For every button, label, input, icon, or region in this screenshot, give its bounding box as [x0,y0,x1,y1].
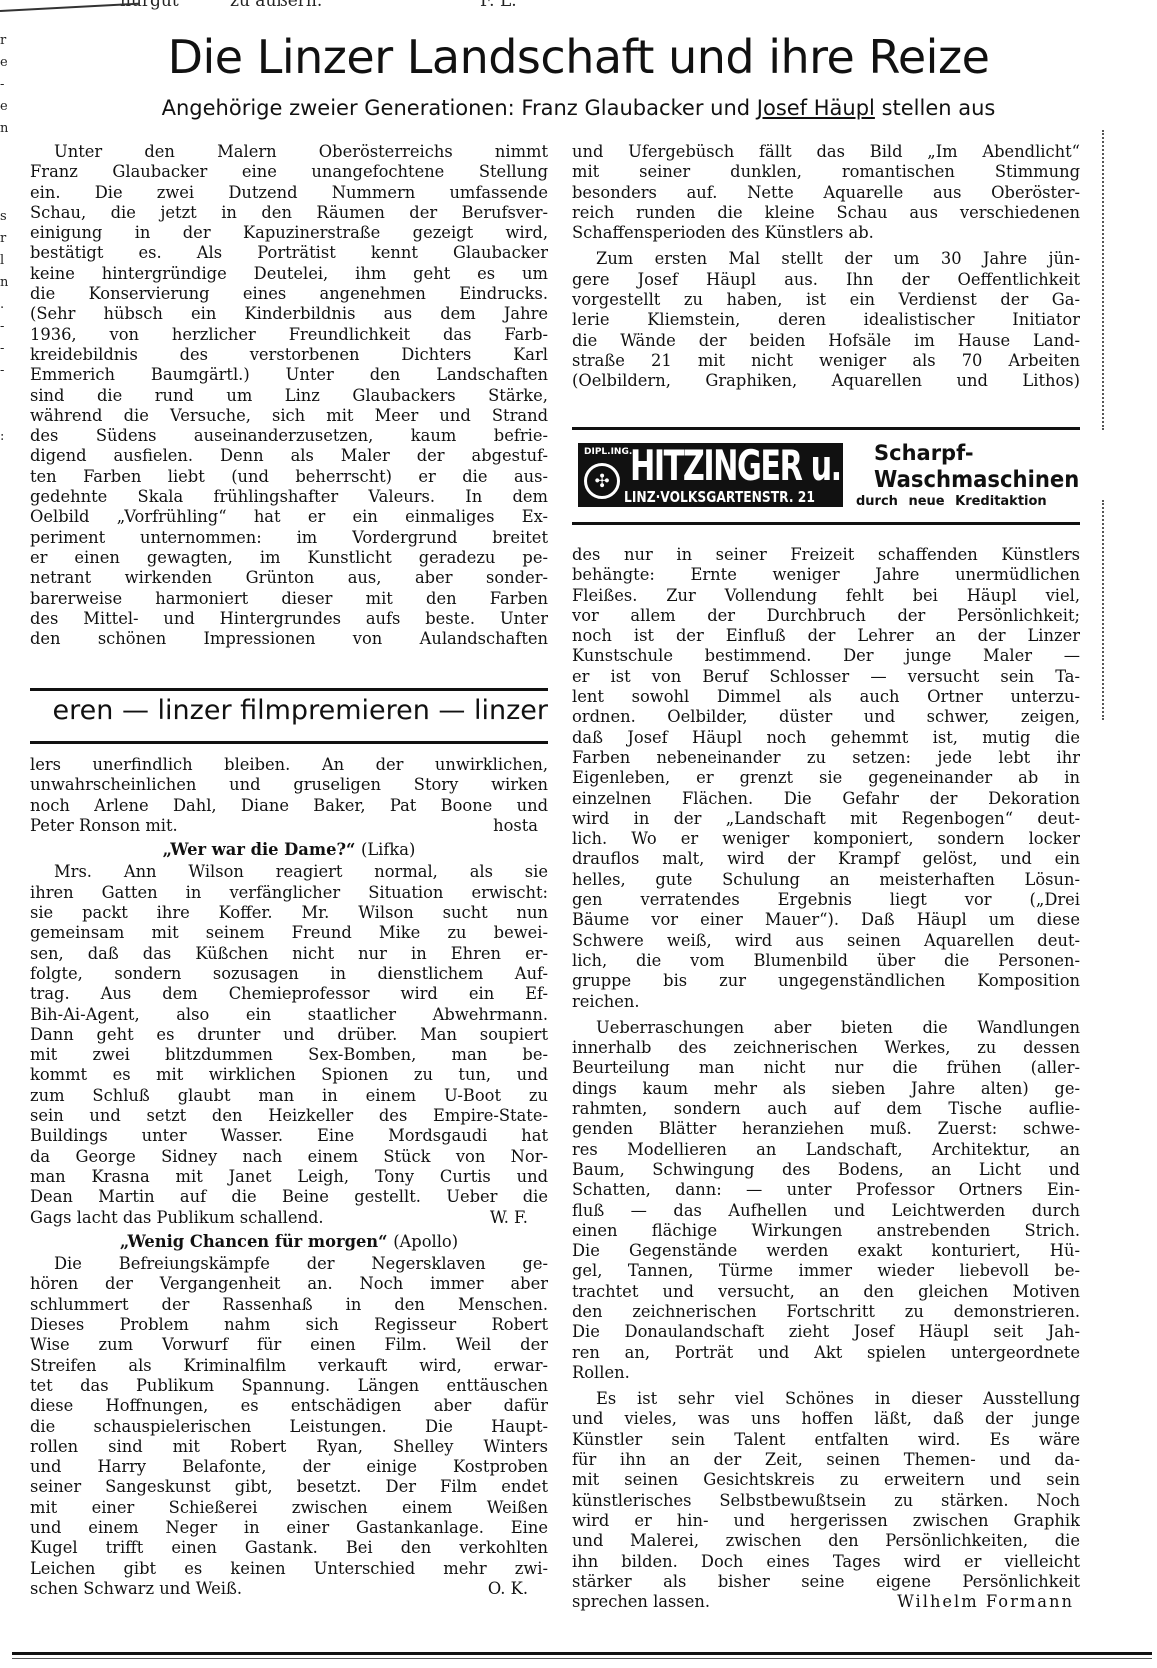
text-line: und Malerei, zwischen den Persönlichkeit… [572,1531,1080,1551]
text-line: Zum ersten Mal stellt der um 30 Jahre jü… [572,249,1080,269]
article-paragraph: und Ufergebüsch fällt das Bild „Im Abend… [572,142,1080,243]
text-line: wird er hin- und hergerissen zwischen Gr… [572,1511,1080,1531]
text-line: fluß — das Aufhellen und Leichtwerden du… [572,1201,1080,1221]
text-line: noch ist der Einfluß der Lehrer an der L… [572,626,1080,646]
text-line: res Modellieren an Landschaft, Architekt… [572,1140,1080,1160]
text-line: Bäume vor einer Mauer“). Daß Häupl um di… [572,910,1080,930]
margin-fragment [0,382,10,404]
text-line: Beurteilung man nicht nur die frühen (al… [572,1058,1080,1078]
text-line: Unter den Malern Oberösterreichs nimmt [30,142,548,162]
clipping-initials: F. L. [480,0,517,11]
review-title: „Wer war die Dame?“ (Lifka) [30,840,548,860]
text-line: Dean Martin auf die Beine gestellt. Uebe… [30,1187,548,1207]
text-line: Schau, die jetzt in den Räumen der Beruf… [30,203,548,223]
text-line: gedehnte Skala frühlingshafter Valeurs. … [30,487,548,507]
text-line: künstlerisches Selbstbewußtsein zu stärk… [572,1491,1080,1511]
text-line: Kugel trifft einen Gastank. Bei den verk… [30,1538,548,1558]
text-line: Franz Glaubacker eine unangefochtene Ste… [30,162,548,182]
text-line: (Oelbildern, Graphiken, Aquarellen und L… [572,371,1080,391]
text-line: er einen gewagten, im Kunstlicht geradez… [30,548,548,568]
review-body: Die Befreiungskämpfe der Negersklaven ge… [30,1254,548,1579]
text-line: den zeichnerischen Fortschritt zu demons… [572,1302,1080,1322]
text-line: einen flächige Wirkungen anstrebenden St… [572,1221,1080,1241]
margin-fragment: . [0,294,10,316]
ad-dipl-label: DIPL.ING. [584,447,632,457]
text-line: Oelbild „Vorfrühling“ hat er ein einmali… [30,507,548,527]
cinema-name-1: (Lifka) [361,840,415,859]
review-continuation-end: Peter Ronson mit. hosta [30,816,548,836]
article-column-left: Unter den Malern Oberösterreichs nimmtFr… [30,142,548,649]
text-line: kommt es mit wirklichen Spionen zu tun, … [30,1065,548,1085]
text-line: sie packt ihre Koffer. Mr. Wilson sucht … [30,903,548,923]
clipping-fragment-left: nurgut [120,0,179,11]
review-title: „Wenig Chancen für morgen“ (Apollo) [30,1232,548,1252]
clipping-header-strip: nurgut zu äußern. F. L. [0,0,1157,22]
text-line: besonders auf. Nette Aquarelle aus Oberö… [572,183,1080,203]
text-line: diese Hoffnungen, es entschädigen aber d… [30,1396,548,1416]
film-section-banner: eren — linzer filmpremieren — linzer [30,688,548,744]
film-reviews-column: lers unerfindlich bleiben. An der unwirk… [30,755,548,1599]
text-line: hören der Vergangenheit an. Noch immer a… [30,1274,548,1294]
text-line: die Konservierung eines angenehmen Eindr… [30,284,548,304]
text-line: genden Blätter heranziehen muß. Zuerst: … [572,1119,1080,1139]
text-line: tet das Publikum Spannung. Längen enttäu… [30,1376,548,1396]
text-line: trachtet und versucht, an den gleichen M… [572,1282,1080,1302]
text-line: Farben nebeneinander zu setzen: jede leb… [572,748,1080,768]
text-line: er ist von Beruf Schlosser — versucht se… [572,667,1080,687]
text-line: Mrs. Ann Wilson reagiert normal, als sie [30,862,548,882]
headline: Die Linzer Landschaft und ihre Reize [0,30,1157,84]
article-paragraph: Es ist sehr viel Schönes in dieser Ausst… [572,1389,1080,1592]
text-line: und Ufergebüsch fällt das Bild „Im Abend… [572,142,1080,162]
ad-tagline: durch neue Kreditaktion [856,494,1078,510]
text-line: behängte: Ernte weniger Jahre unermüdlic… [572,565,1080,585]
text-line: des Mittel- und Hintergrundes aufs beste… [30,609,548,629]
text-line: rollen sind mit Robert Ryan, Shelley Win… [30,1437,548,1457]
bottom-rule-thin [12,1658,1152,1659]
text-line: periment unternommen: im Vordergrund bre… [30,528,548,548]
text-line: drauflos malt, wird der Krampf gelöst, u… [572,849,1080,869]
text-line: sen, daß das Küßchen nicht nur in Ehren … [30,944,548,964]
text-line: barerweise harmoniert dieser mit den Far… [30,589,548,609]
handwritten-margin-note [1102,130,1134,430]
text-line: ordnen. Oelbilder, düster und schwer, ze… [572,707,1080,727]
text-line: mit einer Schießerei zwischen einem Weiß… [30,1498,548,1518]
text-line: dings kaum mehr als sieben Jahre alten) … [572,1079,1080,1099]
text-line: des Südens auseinanderzusetzen, kaum bef… [30,426,548,446]
text-line: lich, die vom Blumenbild über die Person… [572,951,1080,971]
text-line: Wise zum Vorwurf für einen Film. Weil de… [30,1335,548,1355]
text-line: lerie Kliemstein, deren idealistischer I… [572,310,1080,330]
margin-fragment [0,184,10,206]
ad-headline-1: Scharpf- [874,440,1078,466]
article-final-line: sprechen lassen. Wilhelm Formann [572,1592,1080,1612]
text-line: Baum, Schwingung des Bodens, an Licht un… [572,1160,1080,1180]
text-line: reichen. [572,992,1080,1012]
clipping-fragment-mid: zu äußern. [230,0,322,11]
text-line: Schatten, dann: — unter Professor Ortner… [572,1180,1080,1200]
margin-fragment: : [0,426,10,448]
text-line: mit seiner dunklen, romantischen Stimmun… [572,162,1080,182]
text-line: während die Versuche, sich mit Meer und … [30,406,548,426]
text-line: 1936, von herzlicher Freundlichkeit das … [30,325,548,345]
text-line: einzelnen Flächen. Die Gefahr der Dekora… [572,789,1080,809]
text-line: digend ausfielen. Denn als Maler der abg… [30,446,548,466]
company-emblem-icon: ✣ [584,463,620,499]
text-line: Ueberraschungen aber bieten die Wandlung… [572,1018,1080,1038]
article-paragraph: Ueberraschungen aber bieten die Wandlung… [572,1018,1080,1383]
text-line: reich runden die kleine Schau aus versch… [572,203,1080,223]
review-end: schen Schwarz und Weiß. O. K. [30,1579,548,1599]
margin-fragment [0,140,10,162]
text-line: Schaffensperioden des Künstlers ab. [572,223,1080,243]
review-continuation: lers unerfindlich bleiben. An der unwirk… [30,755,548,816]
text-line: seiner Sangeskunst gibt, besetzt. Der Fi… [30,1477,548,1497]
subhead-text-end: stellen aus [875,96,995,120]
text-line: Kunstschule bestimmend. Der junge Maler … [572,646,1080,666]
text-line: zum Schluß glaubt man in einem U-Boot zu [30,1086,548,1106]
text-line: mit seinen Gesichtskreis zu erweitern un… [572,1470,1080,1490]
text-line: Leichen gibt es keinen Unterschied mehr … [30,1559,548,1579]
text-line: ein. Die zwei Dutzend Nummern umfassende [30,183,548,203]
text-line: die schauspielerischen Leistungen. Die H… [30,1417,548,1437]
continuation-last-line: Peter Ronson mit. [30,816,178,836]
text-line: Schwere weiß, wird aus seinen Aquarellen… [572,931,1080,951]
text-line: sein und setzt den Heizkeller des Empire… [30,1106,548,1126]
author-signature: Wilhelm Formann [897,1592,1074,1612]
margin-fragment: s [0,206,10,228]
text-line: Eigenleben, er grenzt sie gegeneinander … [572,768,1080,788]
text-line: (Sehr hübsch ein Kinderbildnis aus dem J… [30,304,548,324]
text-line: gen verratendes Ergebnis liegt vor („Dre… [572,890,1080,910]
text-line: sind die rund um Linz Glaubackers Stärke… [30,386,548,406]
margin-fragment [0,162,10,184]
ad-logo-block: DIPL.ING. ✣ HITZINGER u. CO. LINZ·VOLKSG… [578,443,843,507]
handwritten-margin-note [1102,500,1134,720]
text-line: Dann geht es drunter und drüber. Man sou… [30,1025,548,1045]
text-line: folgte, sondern sozusagen in dienstliche… [30,964,548,984]
ad-address: LINZ·VOLKSGARTENSTR. 21 [624,488,815,506]
text-line: Die Befreiungskämpfe der Negersklaven ge… [30,1254,548,1274]
article-paragraph: Unter den Malern Oberösterreichs nimmtFr… [30,142,548,649]
margin-fragment: n [0,272,10,294]
text-line: stärker als bisher seine eigene Persönli… [572,1572,1080,1592]
film-banner-text: eren — linzer filmpremieren — linzer [53,695,548,726]
article-paragraph: des nur in seiner Freizeit schaffenden K… [572,545,1080,1012]
margin-fragment: r [0,228,10,250]
reviewer-signature: W. F. [490,1208,528,1228]
text-line: mit zwei blitzdummen Sex-Bomben, man be- [30,1045,548,1065]
review-end: Gags lacht das Publikum schallend. W. F. [30,1208,548,1228]
text-line: vorgestellt zu haben, ist ein Verdienst … [572,290,1080,310]
text-line: Die Donaulandschaft zieht Josef Häupl se… [572,1322,1080,1342]
margin-fragment: - [0,360,10,382]
text-line: lent sowohl Dimmel als auch Ortner unter… [572,687,1080,707]
text-line: daß Josef Häupl noch gehemmt ist, mutig … [572,728,1080,748]
text-line: Streifen als Kriminalfilm verkauft wird,… [30,1356,548,1376]
text-line: keine hintergründige Deutelei, ihm geht … [30,264,548,284]
margin-fragment [0,404,10,426]
text-line: des nur in seiner Freizeit schaffenden K… [572,545,1080,565]
text-line: die Wände der beiden Hofsäle im Hause La… [572,331,1080,351]
subhead-text: Angehörige zweier Generationen: Franz Gl… [162,96,757,120]
text-line: ten Farben liebt (und beherrscht) er die… [30,467,548,487]
text-line: Rollen. [572,1363,1080,1383]
subheadline: Angehörige zweier Generationen: Franz Gl… [0,96,1157,120]
text-line: Emmerich Baumgärtl.) Unter den Landschaf… [30,365,548,385]
text-line: trag. Aus dem Chemieprofessor wird ein E… [30,984,548,1004]
reviewer-signature: hosta [493,816,538,836]
text-line: für ihn an der Zeit, seinen Themen- und … [572,1450,1080,1470]
film-title-1: „Wer war die Dame?“ [163,840,356,859]
ad-headline-2: Waschmaschinen [874,466,1062,494]
text-line: und einem Neger in einer Gastankanlage. … [30,1518,548,1538]
article-column-right-bottom: des nur in seiner Freizeit schaffenden K… [572,545,1080,1612]
margin-fragment: - [0,338,10,360]
margin-fragment: - [0,316,10,338]
text-line: Fleißes. Zur Vollendung fehlt bei Häupl … [572,586,1080,606]
margin-fragment: n [0,118,10,140]
text-line: bestätigt es. Als Porträtist kennt Glaub… [30,243,548,263]
text-line: innerhalb des zeichnerischen Werkes, zu … [572,1038,1080,1058]
review-body: Mrs. Ann Wilson reagiert normal, als sie… [30,862,548,1207]
margin-fragment: l [0,250,10,272]
reviewer-signature: O. K. [488,1579,528,1599]
text-line: Es ist sehr viel Schönes in dieser Ausst… [572,1389,1080,1409]
advertisement: DIPL.ING. ✣ HITZINGER u. CO. LINZ·VOLKSG… [572,427,1080,525]
text-line: wird in der „Landschaft mit Regenbogen“ … [572,809,1080,829]
text-line: Bih-Ai-Agent, also ein staatlicher Abweh… [30,1005,548,1025]
text-line: helles, gute Schulung an meisterhaften L… [572,870,1080,890]
text-line: ihren Gatten in verfänglicher Situation … [30,883,548,903]
left-margin-fragments: re-en srln.--- : [0,30,10,448]
text-line: gere Josef Häupl aus. Ihn der Oeffentlic… [572,270,1080,290]
article-column-right-top: und Ufergebüsch fällt das Bild „Im Abend… [572,142,1080,392]
review2-last-line: schen Schwarz und Weiß. [30,1579,242,1599]
text-line: gruppe bis zur ungegenständlichen Kompos… [572,971,1080,991]
text-line: straße 21 mit nicht weniger als 70 Arbei… [572,351,1080,371]
text-line: Dieses Problem nahm sich Regisseur Rober… [30,1315,548,1335]
text-line: und Harry Belafonte, der einige Kostprob… [30,1457,548,1477]
text-line: und vieles, was uns hoffen läßt, daß der… [572,1409,1080,1429]
text-line: unwahrscheinlichen und gruseligen Story … [30,775,548,795]
text-line: ihn bilden. Doch eines Tages wird er vie… [572,1552,1080,1572]
text-line: vor allem der Durchbruch der Persönlichk… [572,606,1080,626]
text-line: Die Gegenstände werden exakt konturiert,… [572,1241,1080,1261]
text-line: lich. Wo er weniger komponiert, sondern … [572,829,1080,849]
text-line: rahmten, sondern auch auf dem Tische auf… [572,1099,1080,1119]
bottom-rule [12,1652,1152,1655]
ad-text: Scharpf- Waschmaschinen durch neue Kredi… [856,440,1078,510]
text-line: einigung in der Kapuzinerstraße gezeigt … [30,223,548,243]
text-line: Künstler sein Talent entfalten wird. Es … [572,1430,1080,1450]
text-line: schlummert der Rassenhaß in den Menschen… [30,1295,548,1315]
text-line: kreidebildnis des verstorbenen Dichters … [30,345,548,365]
text-line: den schönen Impressionen von Aulandschaf… [30,629,548,649]
text-line: gel, Tannen, Türme immer wieder liebevol… [572,1261,1080,1281]
text-line: lers unerfindlich bleiben. An der unwirk… [30,755,548,775]
text-line: da George Sidney nach einem Stück von No… [30,1147,548,1167]
text-line: man Krasna mit Janet Leigh, Tony Curtis … [30,1167,548,1187]
text-line: ren an, Porträt und Akt spielen untergeo… [572,1343,1080,1363]
article-paragraph: Zum ersten Mal stellt der um 30 Jahre jü… [572,249,1080,391]
text-line: gemeinsam mit seinem Freund Mike zu bewe… [30,923,548,943]
text-line: Buildings unter Wasser. Eine Mordsgaudi … [30,1126,548,1146]
cinema-name-2: (Apollo) [393,1232,458,1251]
review1-last-line: Gags lacht das Publikum schallend. [30,1208,324,1228]
text-line: noch Arlene Dahl, Diane Baker, Pat Boone… [30,796,548,816]
text-line: netrant wirkenden Grünton aus, aber sond… [30,568,548,588]
subhead-underlined-name: Josef Häupl [757,96,875,120]
film-title-2: „Wenig Chancen für morgen“ [120,1232,388,1251]
final-line-text: sprechen lassen. [572,1592,710,1612]
